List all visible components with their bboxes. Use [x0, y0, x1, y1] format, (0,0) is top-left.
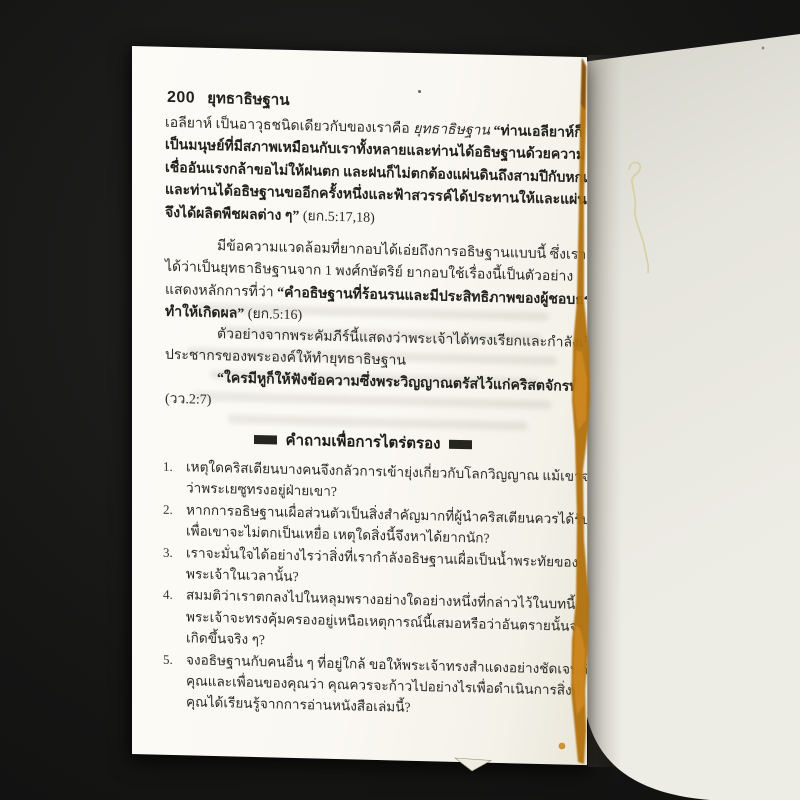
page-tear [455, 758, 491, 771]
detail-overlay [0, 0, 800, 800]
book-photo: 200ยุทธาธิษฐาน เอลียาห์ เป็นอาวุธชนิดเดี… [0, 0, 800, 800]
stain-dot [559, 743, 566, 750]
